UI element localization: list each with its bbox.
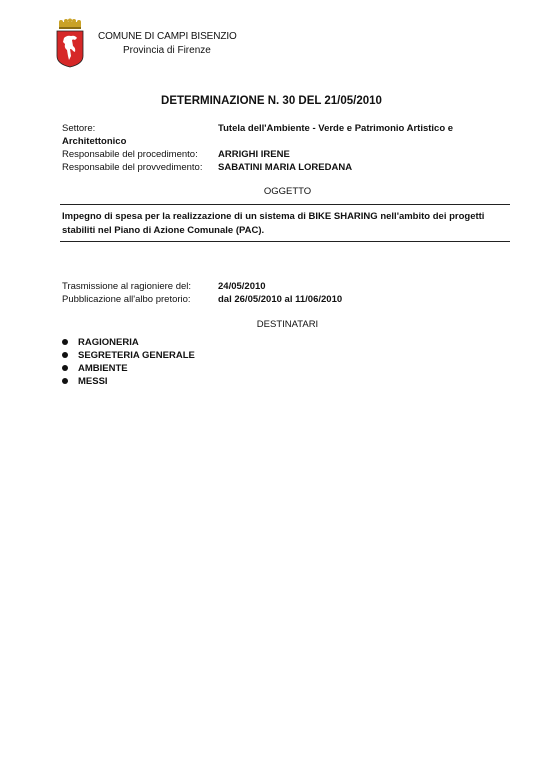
destinatario-label: AMBIENTE [78, 363, 128, 374]
divider-top [60, 204, 510, 205]
settore-value-continued: Architettonico [62, 136, 126, 147]
coat-of-arms-icon [55, 18, 85, 68]
resp-procedimento-value: ARRIGHI IRENE [218, 149, 290, 160]
resp-procedimento-label: Responsabile del procedimento: [62, 149, 198, 160]
list-item: AMBIENTE [62, 362, 195, 375]
resp-provvedimento-value: SABATINI MARIA LOREDANA [218, 162, 352, 173]
settore-value: Tutela dell'Ambiente - Verde e Patrimoni… [218, 123, 453, 134]
settore-label: Settore: [62, 123, 95, 134]
list-item: SEGRETERIA GENERALE [62, 349, 195, 362]
divider-bottom [60, 241, 510, 242]
resp-provvedimento-label: Responsabile del provvedimento: [62, 162, 202, 173]
bullet-icon [62, 365, 68, 371]
document-title: DETERMINAZIONE N. 30 DEL 21/05/2010 [0, 95, 543, 107]
bullet-icon [62, 378, 68, 384]
bullet-icon [62, 339, 68, 345]
pubblicazione-value: dal 26/05/2010 al 11/06/2010 [218, 294, 342, 305]
trasmissione-value: 24/05/2010 [218, 281, 266, 292]
pubblicazione-label: Pubblicazione all'albo pretorio: [62, 294, 191, 305]
municipality-name: COMUNE DI CAMPI BISENZIO [98, 31, 237, 42]
oggetto-text: Impegno di spesa per la realizzazione di… [62, 210, 512, 238]
destinatario-label: MESSI [78, 376, 108, 387]
destinatari-list: RAGIONERIA SEGRETERIA GENERALE AMBIENTE … [62, 336, 195, 388]
destinatari-heading: DESTINATARI [0, 319, 543, 330]
list-item: MESSI [62, 375, 195, 388]
oggetto-heading: OGGETTO [0, 186, 543, 197]
province-name: Provincia di Firenze [123, 45, 211, 56]
trasmissione-label: Trasmissione al ragioniere del: [62, 281, 191, 292]
list-item: RAGIONERIA [62, 336, 195, 349]
destinatario-label: RAGIONERIA [78, 337, 139, 348]
bullet-icon [62, 352, 68, 358]
destinatario-label: SEGRETERIA GENERALE [78, 350, 195, 361]
